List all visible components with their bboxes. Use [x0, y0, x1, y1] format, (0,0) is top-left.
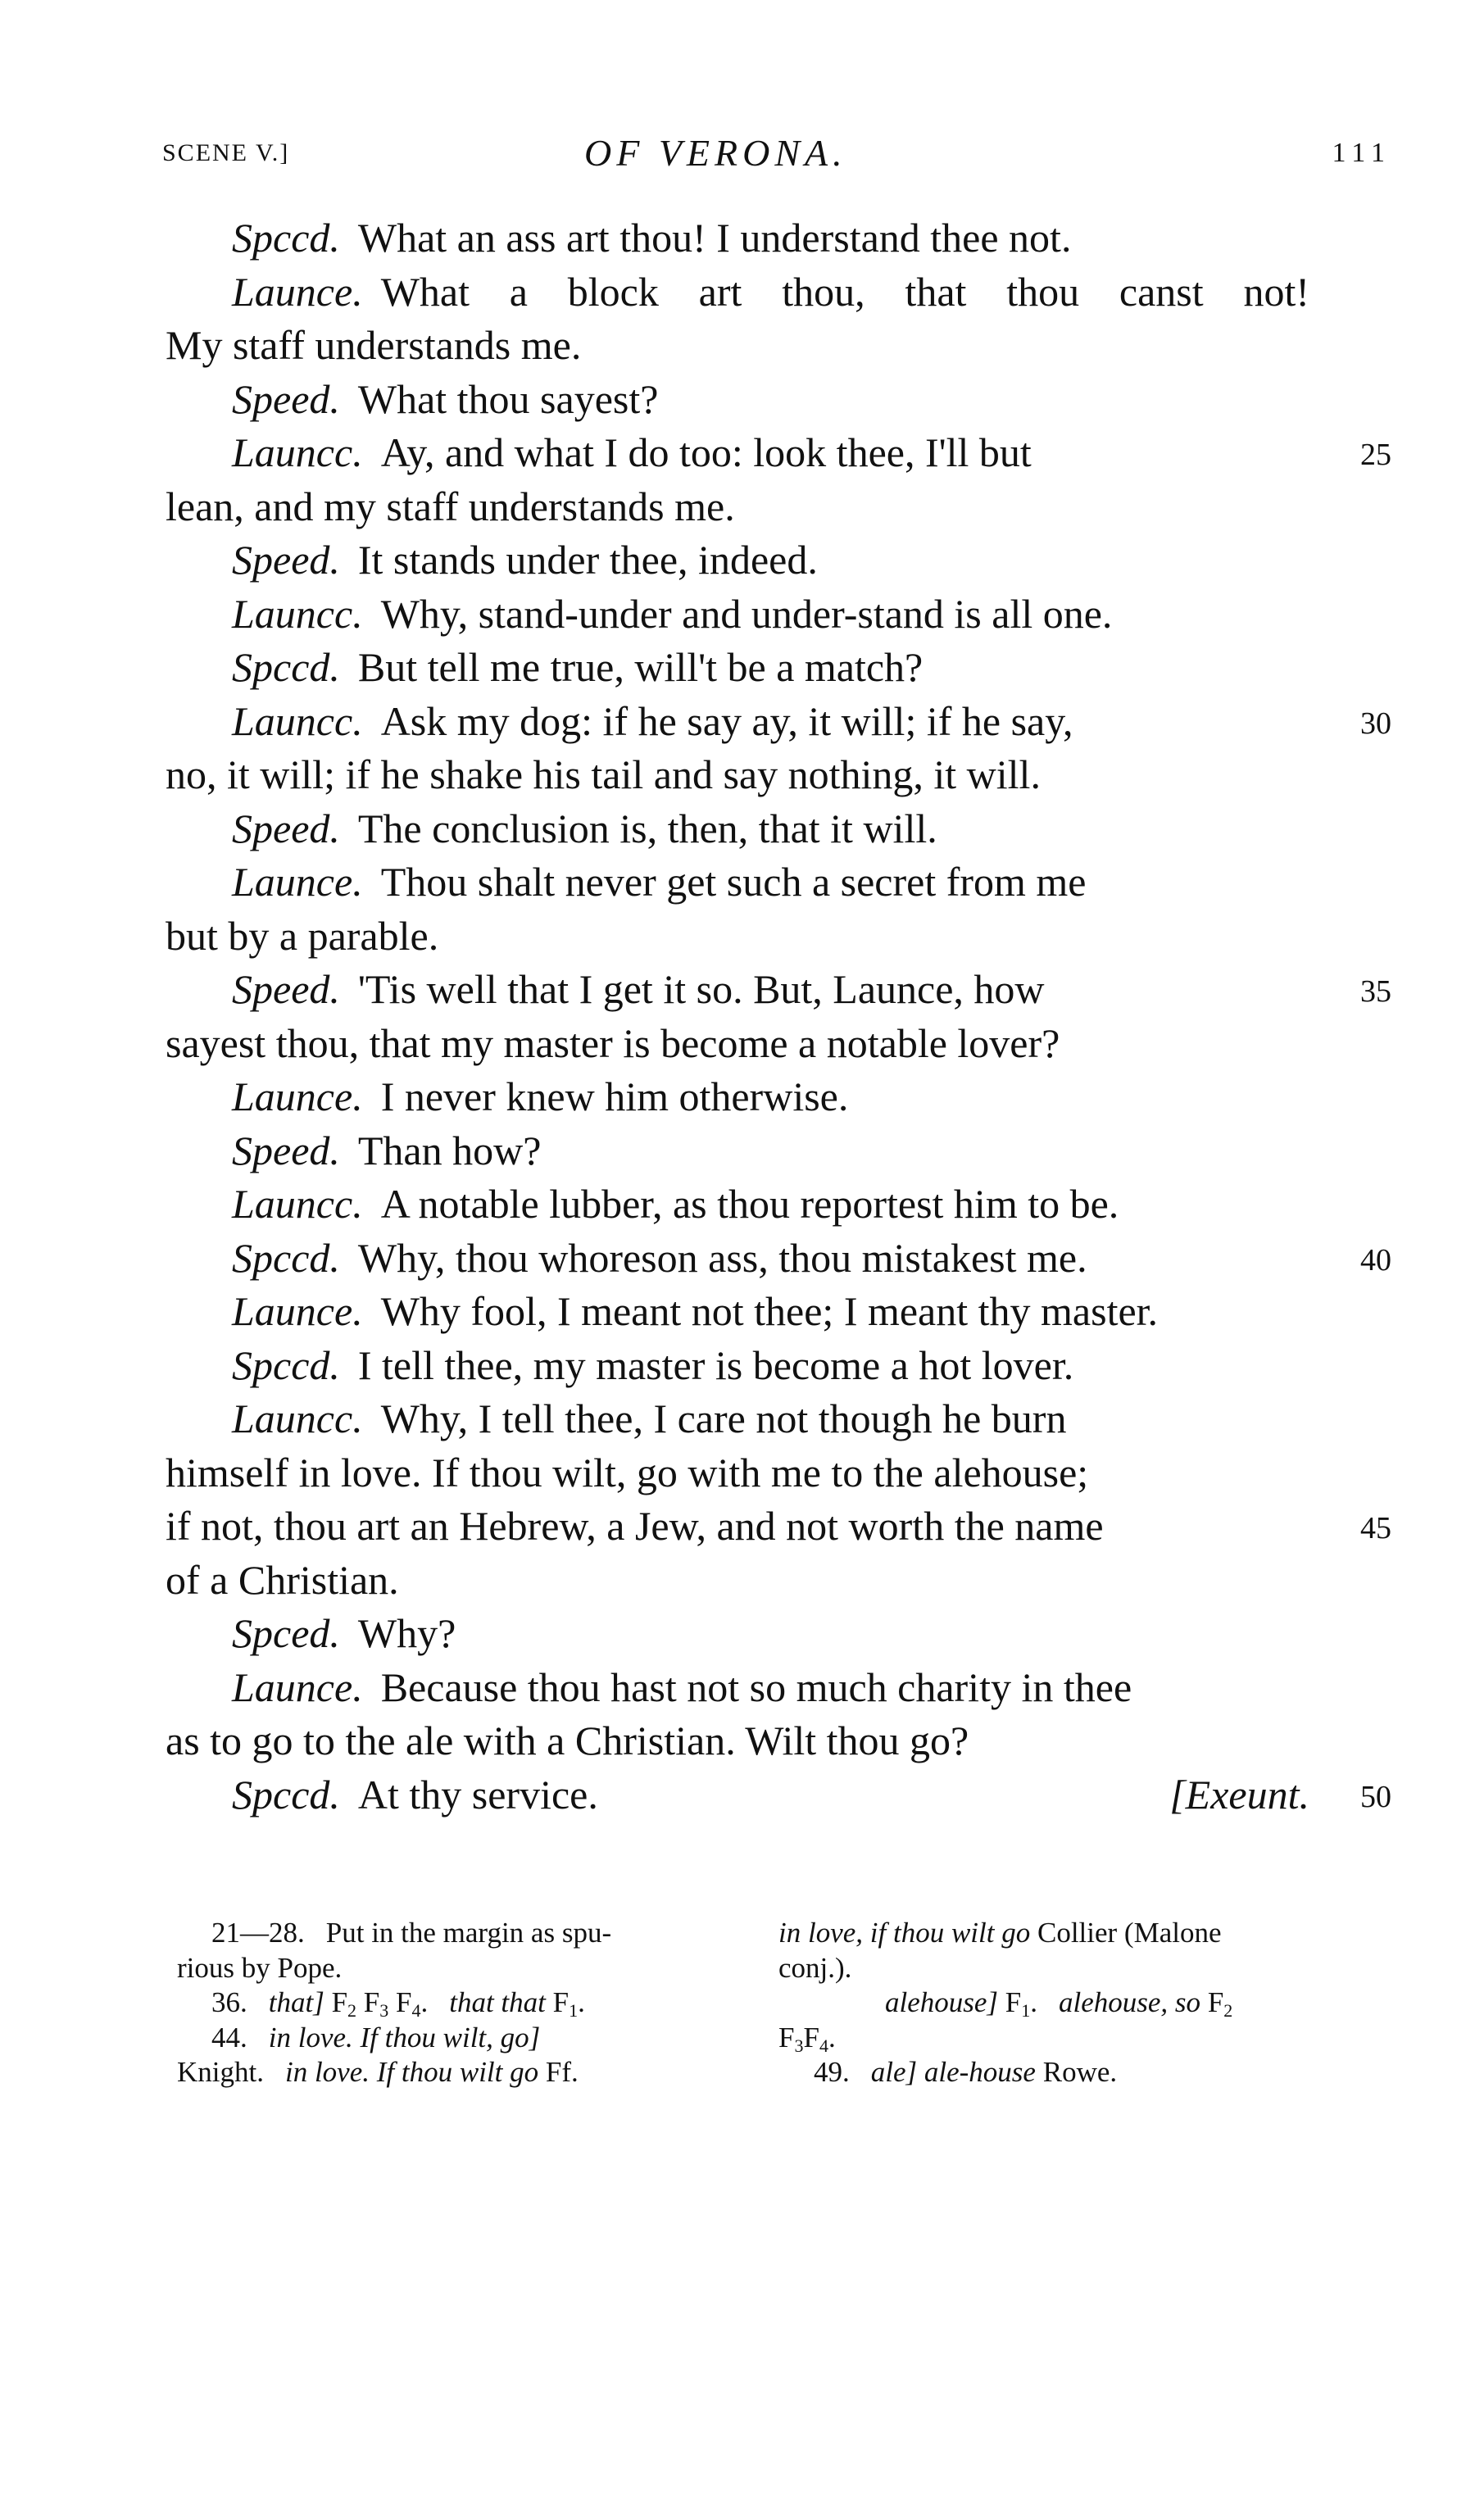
- verse-line: Launcc.Why, stand-under and under-stand …: [166, 588, 1309, 642]
- line-number: 30: [1360, 695, 1391, 752]
- verse-line: Launce.Because thou hast not so much cha…: [166, 1661, 1309, 1715]
- speaker-name: Launce.: [232, 1288, 363, 1334]
- footnote-line: alehouse] F1.alehouse, so F2: [778, 1985, 1352, 2021]
- line-text: lean, and my staff understands me.: [166, 483, 735, 529]
- verse-line: Speed.Than how?: [166, 1124, 1309, 1178]
- verse-line: Speed.It stands under thee, indeed.: [166, 533, 1309, 588]
- speaker-name: Launce.: [232, 1073, 363, 1119]
- line-text: Why, thou whoreson ass, thou mistakest m…: [358, 1235, 1087, 1281]
- verse-line: Launce.Why fool, I meant not thee; I mea…: [166, 1285, 1309, 1339]
- speaker-name: Spccd.: [232, 215, 340, 261]
- line-text: What an ass art thou! I understand thee …: [358, 215, 1072, 261]
- footnote-line: conj.).: [778, 1951, 1352, 1986]
- verse-line: Launce.I never knew him otherwise.: [166, 1070, 1309, 1124]
- speaker-name: Speed.: [232, 806, 340, 851]
- verse-line: Launce.What a block art thou, that thou …: [166, 265, 1309, 320]
- verse-line: Spccd.At thy service. [Exeunt. 50: [166, 1768, 1309, 1822]
- footnote-line: 36.that] F2 F3 F4.that that F1.: [177, 1985, 751, 2021]
- line-text: as to go to the ale with a Christian. Wi…: [166, 1718, 969, 1763]
- verse-line: as to go to the ale with a Christian. Wi…: [166, 1714, 1309, 1768]
- speaker-name: Speed.: [232, 537, 340, 583]
- line-text: if not, thou art an Hebrew, a Jew, and n…: [166, 1503, 1104, 1549]
- footnotes-left-column: 21—28.Put in the margin as spu- rious by…: [177, 1916, 751, 2090]
- footnote-ref: 49.: [814, 2056, 850, 2088]
- verse-line: sayest thou, that my master is become a …: [166, 1017, 1309, 1071]
- speaker-name: Launcc.: [232, 1395, 363, 1441]
- line-text: 'Tis well that I get it so. But, Launce,…: [358, 966, 1045, 1012]
- verse-line: no, it will; if he shake his tail and sa…: [166, 748, 1309, 802]
- speaker-name: Launce.: [232, 1664, 363, 1710]
- verse-line: lean, and my staff understands me.: [166, 480, 1309, 534]
- verse-line: Launcc.Ask my dog: if he say ay, it will…: [166, 695, 1309, 749]
- speaker-name: Launcc.: [232, 429, 363, 475]
- speaker-name: Speed.: [232, 966, 340, 1012]
- speaker-name: Launce.: [232, 269, 363, 315]
- line-text: The conclusion is, then, that it will.: [358, 806, 937, 851]
- speaker-name: Spccd.: [232, 1342, 340, 1388]
- line-text: What thou sayest?: [358, 376, 659, 422]
- speaker-name: Spced.: [232, 1610, 340, 1656]
- page-number: 111: [1332, 138, 1391, 169]
- line-text: I never knew him otherwise.: [381, 1073, 849, 1119]
- line-text: I tell thee, my master is become a hot l…: [358, 1342, 1073, 1388]
- scene-label: SCENE V.]: [162, 139, 289, 167]
- running-header: SCENE V.] OF VERONA. 111: [162, 131, 1396, 177]
- speaker-name: Spccd.: [232, 1772, 340, 1817]
- verse-line: Speed.What thou sayest?: [166, 373, 1309, 427]
- line-text: Why, I tell thee, I care not though he b…: [381, 1395, 1067, 1441]
- footnote-line: F3F4.: [778, 2021, 1352, 2056]
- line-text: Ask my dog: if he say ay, it will; if he…: [381, 698, 1073, 744]
- verse-line: if not, thou art an Hebrew, a Jew, and n…: [166, 1500, 1309, 1554]
- footnote-line: rious by Pope.: [177, 1951, 751, 1986]
- footnote-line: 49.ale] ale-house Rowe.: [778, 2055, 1352, 2090]
- footnote-line: Knight.in love. If thou wilt go Ff.: [177, 2055, 751, 2090]
- footnote-line: 21—28.Put in the margin as spu-: [177, 1916, 751, 1951]
- speaker-name: Launce.: [232, 859, 363, 905]
- line-text: But tell me true, will't be a match?: [358, 644, 923, 690]
- verse-line: Launcc.Ay, and what I do too: look thee,…: [166, 426, 1309, 480]
- line-number: 50: [1360, 1768, 1391, 1826]
- speaker-name: Launcc.: [232, 698, 363, 744]
- speaker-name: Launcc.: [232, 1181, 363, 1227]
- speaker-name: Spccd.: [232, 644, 340, 690]
- speaker-name: Launcc.: [232, 591, 363, 637]
- footnote-ref: 36.: [211, 1986, 247, 2018]
- verse-line: Spccd.But tell me true, will't be a matc…: [166, 641, 1309, 695]
- line-text: no, it will; if he shake his tail and sa…: [166, 751, 1041, 797]
- book-page: SCENE V.] OF VERONA. 111 Spccd.What an a…: [0, 0, 1484, 2505]
- footnotes-right-column: in love, if thou wilt go Collier (Malone…: [778, 1916, 1352, 2090]
- footnote-ref: 21—28.: [211, 1917, 305, 1949]
- verse-line: himself in love. If thou wilt, go with m…: [166, 1446, 1309, 1500]
- line-text: Than how?: [358, 1128, 542, 1173]
- speaker-name: Speed.: [232, 376, 340, 422]
- line-text: Thou shalt never get such a secret from …: [381, 859, 1087, 905]
- running-title: OF VERONA.: [584, 131, 847, 175]
- line-number: 45: [1360, 1500, 1391, 1557]
- speaker-name: Spccd.: [232, 1235, 340, 1281]
- line-number: 40: [1360, 1232, 1391, 1289]
- verse-line: Spced.Why?: [166, 1607, 1309, 1661]
- line-text: What a block art thou, that thou canst n…: [381, 269, 1309, 315]
- verse-line: Spccd.I tell thee, my master is become a…: [166, 1339, 1309, 1393]
- footnote-line: 44.in love. If thou wilt, go]: [177, 2021, 751, 2056]
- line-text: At thy service.: [358, 1772, 598, 1817]
- line-text: of a Christian.: [166, 1557, 399, 1603]
- verse-line: Launcc.A notable lubber, as thou reporte…: [166, 1178, 1309, 1232]
- line-text: but by a parable.: [166, 913, 438, 959]
- line-number: 35: [1360, 963, 1391, 1020]
- line-text: A notable lubber, as thou reportest him …: [381, 1181, 1119, 1227]
- verse-line: Spccd.What an ass art thou! I understand…: [166, 211, 1309, 265]
- verse-line: Launce.Thou shalt never get such a secre…: [166, 855, 1309, 910]
- speaker-name: Speed.: [232, 1128, 340, 1173]
- line-number: 25: [1360, 426, 1391, 483]
- stage-direction: [Exeunt.: [1169, 1768, 1309, 1822]
- line-text: Why?: [358, 1610, 456, 1656]
- line-text: It stands under thee, indeed.: [358, 537, 818, 583]
- play-text: Spccd.What an ass art thou! I understand…: [166, 211, 1309, 1822]
- line-text: sayest thou, that my master is become a …: [166, 1020, 1060, 1066]
- line-text: Because thou hast not so much charity in…: [381, 1664, 1132, 1710]
- line-text: My staff understands me.: [166, 322, 581, 368]
- verse-line: Spccd.Why, thou whoreson ass, thou mista…: [166, 1232, 1309, 1286]
- line-text: Ay, and what I do too: look thee, I'll b…: [381, 429, 1032, 475]
- verse-line: Launcc.Why, I tell thee, I care not thou…: [166, 1392, 1309, 1446]
- verse-line: but by a parable.: [166, 910, 1309, 964]
- footnote-line: in love, if thou wilt go Collier (Malone: [778, 1916, 1352, 1951]
- line-text: Why fool, I meant not thee; I meant thy …: [381, 1288, 1158, 1334]
- footnote-ref: 44.: [211, 2022, 247, 2053]
- verse-line: My staff understands me.: [166, 319, 1309, 373]
- verse-line: of a Christian.: [166, 1554, 1309, 1608]
- verse-line: Speed.'Tis well that I get it so. But, L…: [166, 963, 1309, 1017]
- line-text: Why, stand-under and under-stand is all …: [381, 591, 1113, 637]
- verse-line: Speed.The conclusion is, then, that it w…: [166, 802, 1309, 856]
- line-text: himself in love. If thou wilt, go with m…: [166, 1450, 1088, 1495]
